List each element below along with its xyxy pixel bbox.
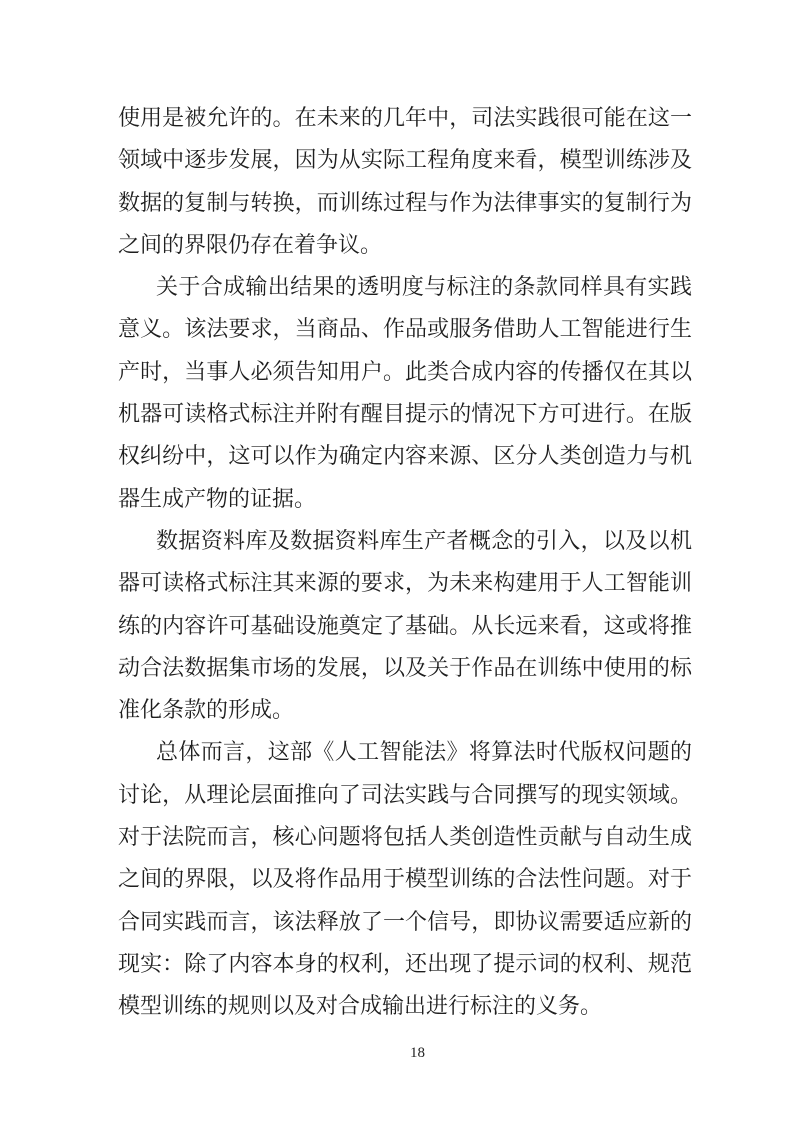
document-page: 使用是被允许的。在未来的几年中，司法实践很可能在这一领域中逐步发展，因为从实际工… bbox=[0, 0, 793, 1122]
paragraph-continuation: 使用是被允许的。在未来的几年中，司法实践很可能在这一领域中逐步发展，因为从实际工… bbox=[118, 97, 692, 266]
page-footer: 18 bbox=[0, 1044, 793, 1062]
paragraph: 数据资料库及数据资料库生产者概念的引入，以及以机器可读格式标注其来源的要求，为未… bbox=[118, 520, 692, 731]
text-block: 使用是被允许的。在未来的几年中，司法实践很可能在这一领域中逐步发展，因为从实际工… bbox=[118, 97, 692, 1028]
paragraph: 关于合成输出结果的透明度与标注的条款同样具有实践意义。该法要求，当商品、作品或服… bbox=[118, 266, 692, 520]
paragraph: 总体而言，这部《人工智能法》将算法时代版权问题的讨论，从理论层面推向了司法实践与… bbox=[118, 731, 692, 1027]
page-number: 18 bbox=[410, 1045, 425, 1061]
